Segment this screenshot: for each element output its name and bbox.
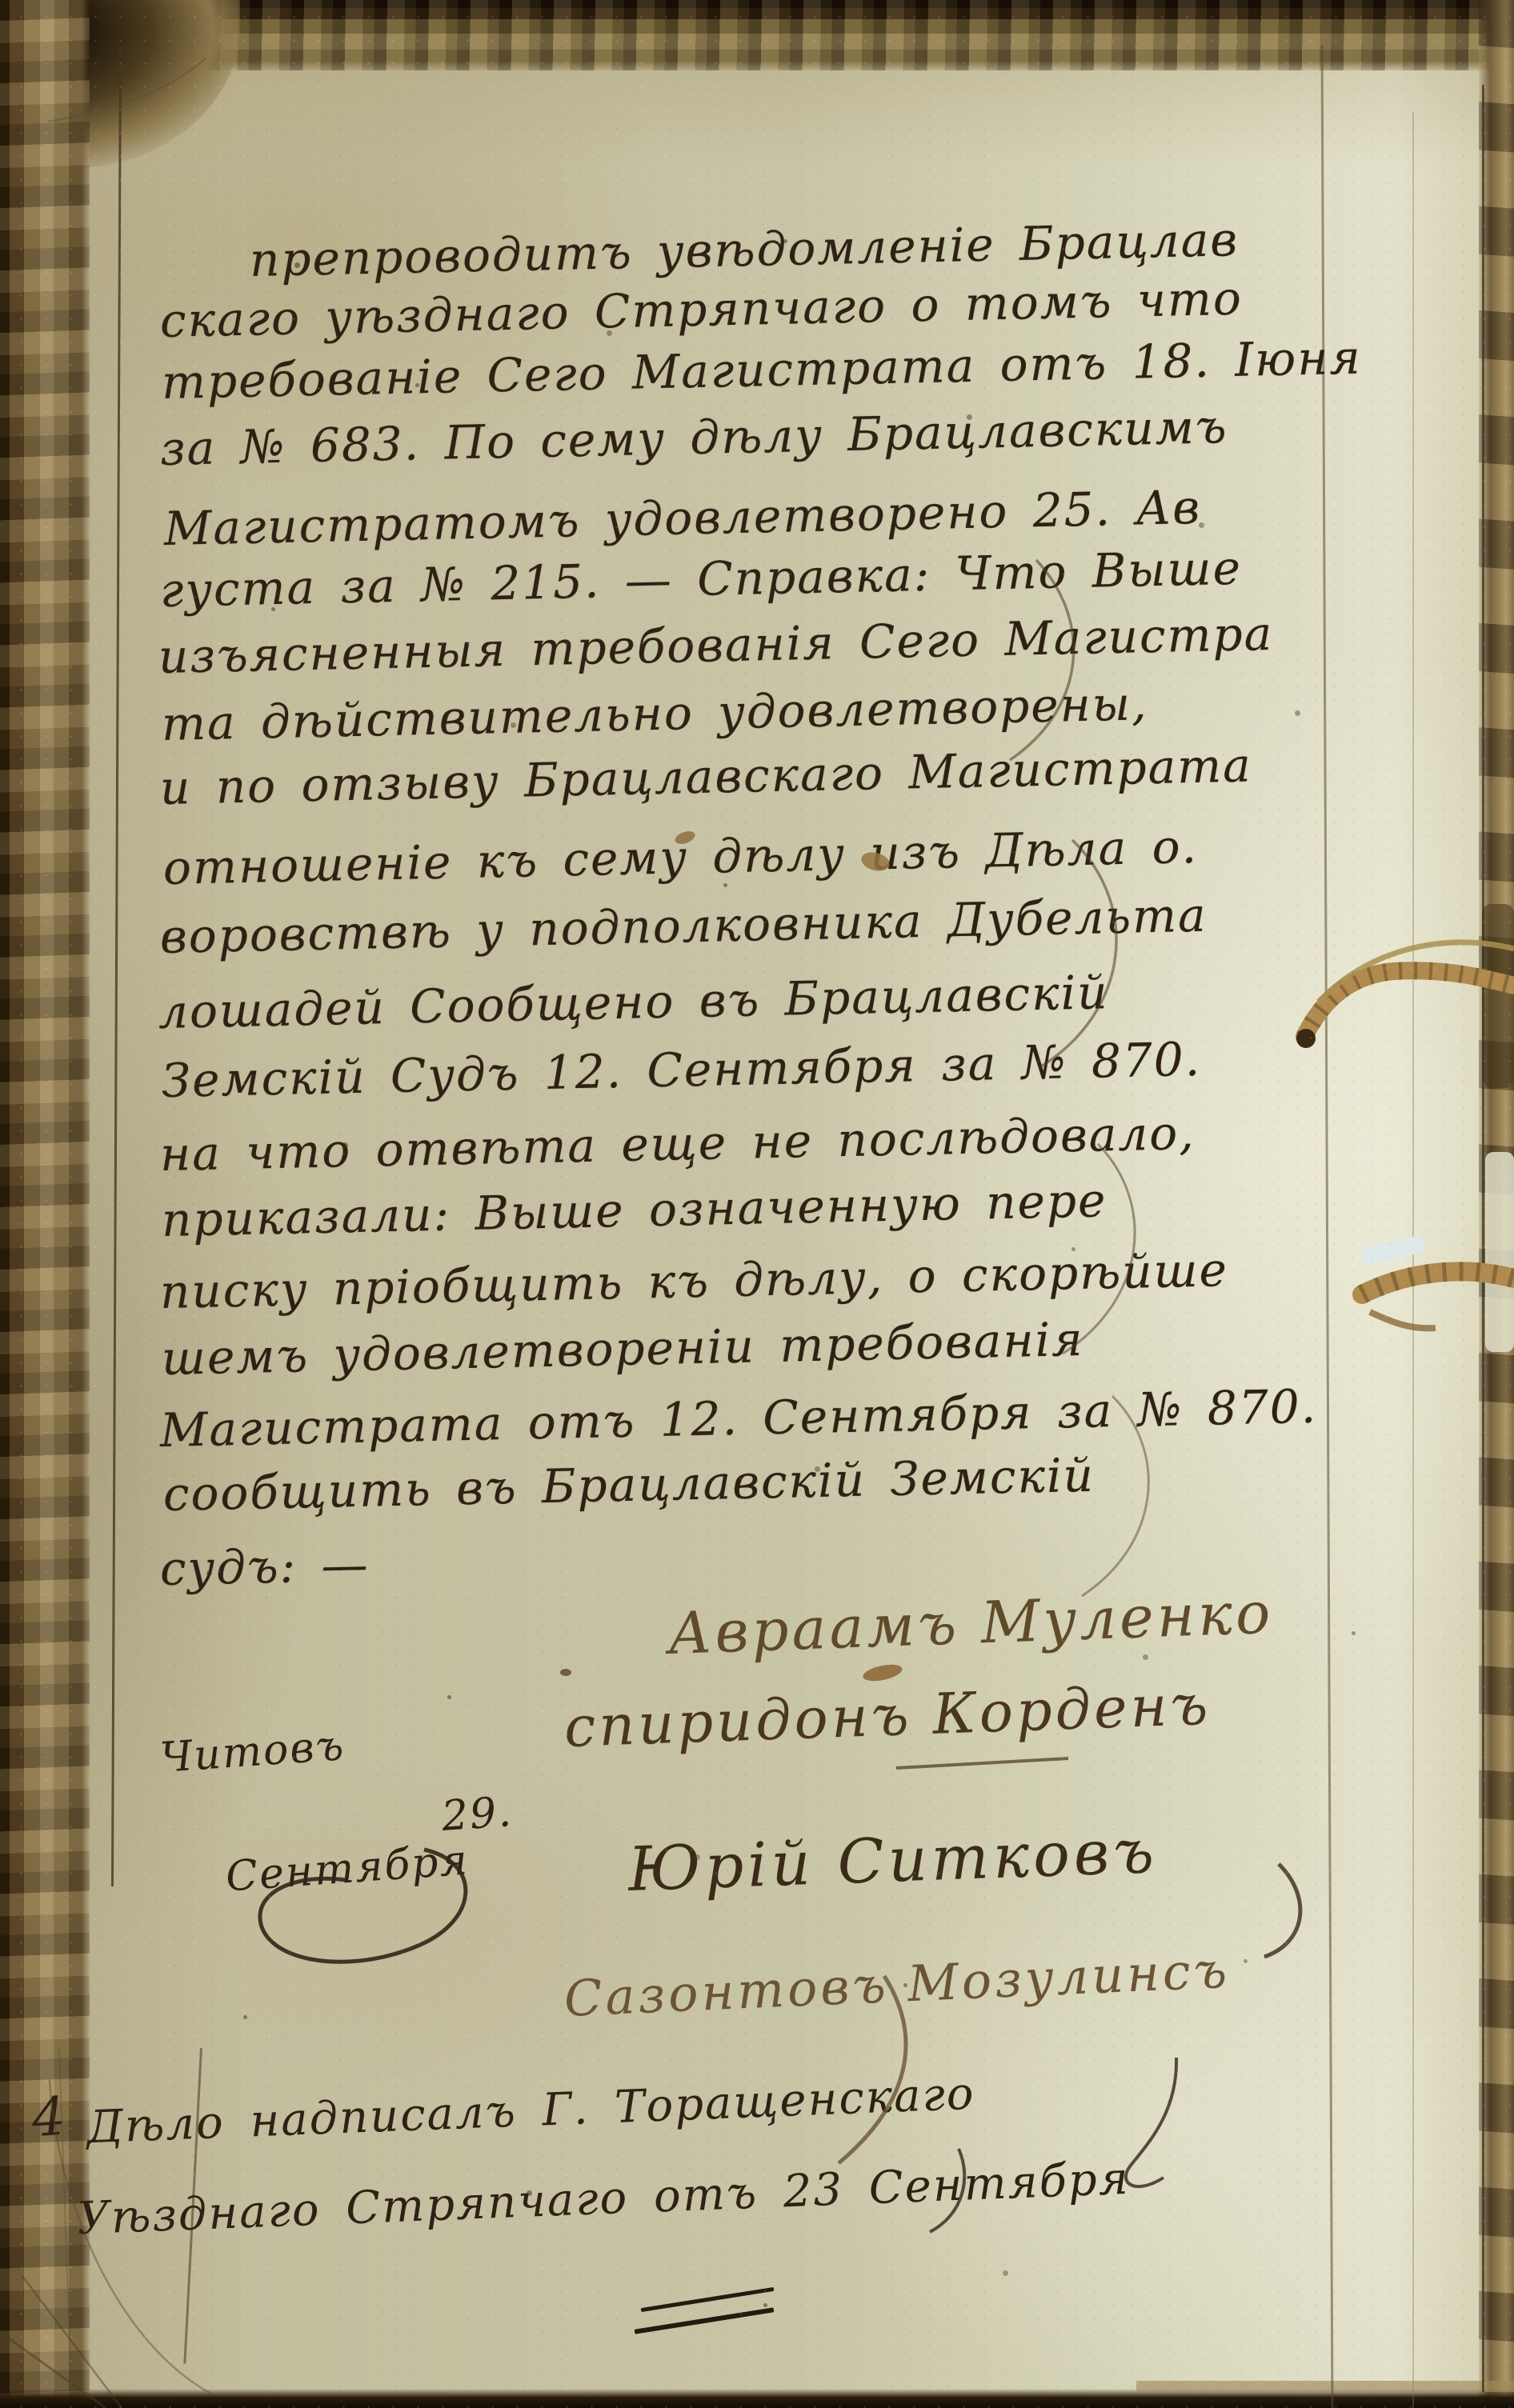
manuscript-line: сообщить въ Брацлавскій Земскій (162, 1448, 1095, 1522)
signature: спиридонъ Корденъ (563, 1672, 1212, 1760)
manuscript-line: приказали: Выше означенную пере (161, 1173, 1107, 1247)
left-crease-line (53, 140, 54, 2076)
bookmark-thread-lower-strand (1370, 1312, 1436, 1328)
manuscript-line: и по отзыву Брацлавскаго Магистрата (159, 738, 1252, 815)
signature: Авраамъ Муленко (667, 1579, 1275, 1667)
manuscript-line: та дѣйствительно удовлетворены, (161, 676, 1148, 751)
footer-flourish (1126, 2058, 1176, 2186)
closing-double-dash (641, 2287, 775, 2312)
ink-stain (862, 1662, 904, 1684)
margin-note-day: 29. (440, 1788, 515, 1841)
manuscript-line: судъ: — (159, 1538, 370, 1596)
manuscript-line: писку пріобщить къ дѣлу, о скорѣйше (159, 1242, 1228, 1319)
signature: Сазонтовъ Мозулинсъ (563, 1941, 1231, 2028)
manuscript-line: шемъ удовлетвореніи требованія (161, 1312, 1084, 1386)
right-fold-line (1412, 112, 1414, 2408)
signature-underline (896, 1758, 1068, 1768)
manuscript-line: Магистрата отъ 12. Сентября за № 870. (159, 1379, 1317, 1458)
manuscript-page: препроводитъ увѣдомленіе Брацлав скаго у… (0, 0, 1514, 2408)
manuscript-line: на что отвѣта еще не послѣдовало, (159, 1106, 1196, 1182)
right-edge-shadow (1482, 904, 1514, 1088)
manuscript-line: изъясненныя требованія Сего Магистра (158, 606, 1274, 684)
manuscript-line: воровствѣ у подполковника Дубельта (159, 888, 1208, 964)
footer-note-line: Уѣзднаго Стряпчаго отъ 23 Сентября (76, 2153, 1131, 2245)
footer-note-line: Дѣло надписалъ Г. Торащенскаго (86, 2068, 975, 2154)
paper-speckles (0, 0, 2, 2)
left-margin-rule (111, 46, 122, 1886)
manuscript-line: лошадей Сообщено въ Брацлавскій (158, 965, 1109, 1039)
manuscript-line: за № 683. По сему дѣлу Брацлавскимъ (159, 399, 1228, 476)
right-margin-rule (1321, 45, 1334, 2408)
footer-margin-numeral: 4 (30, 2086, 67, 2150)
signature-tail (1264, 1864, 1300, 1957)
thread-end-knot (1296, 1029, 1316, 1048)
signature: Юрій Ситковъ (627, 1815, 1159, 1905)
bottom-edge-tan-strip (1136, 2381, 1514, 2392)
right-page-edge-line (1482, 85, 1484, 2392)
manuscript-line: отношеніе къ сему дѣлу изъ Дѣла о. (162, 819, 1198, 895)
margin-note-month: Сентября (224, 1836, 470, 1901)
manuscript-line: Земскій Судъ 12. Сентября за № 870. (161, 1032, 1201, 1108)
right-edge-paper-sliver (1485, 1152, 1514, 1352)
ink-stain (560, 1669, 571, 1676)
margin-note-status: Читовъ (158, 1722, 346, 1782)
closing-double-dash (635, 2307, 775, 2334)
binding-left-edge (0, 0, 90, 2408)
paper-sliver (1360, 1235, 1425, 1266)
